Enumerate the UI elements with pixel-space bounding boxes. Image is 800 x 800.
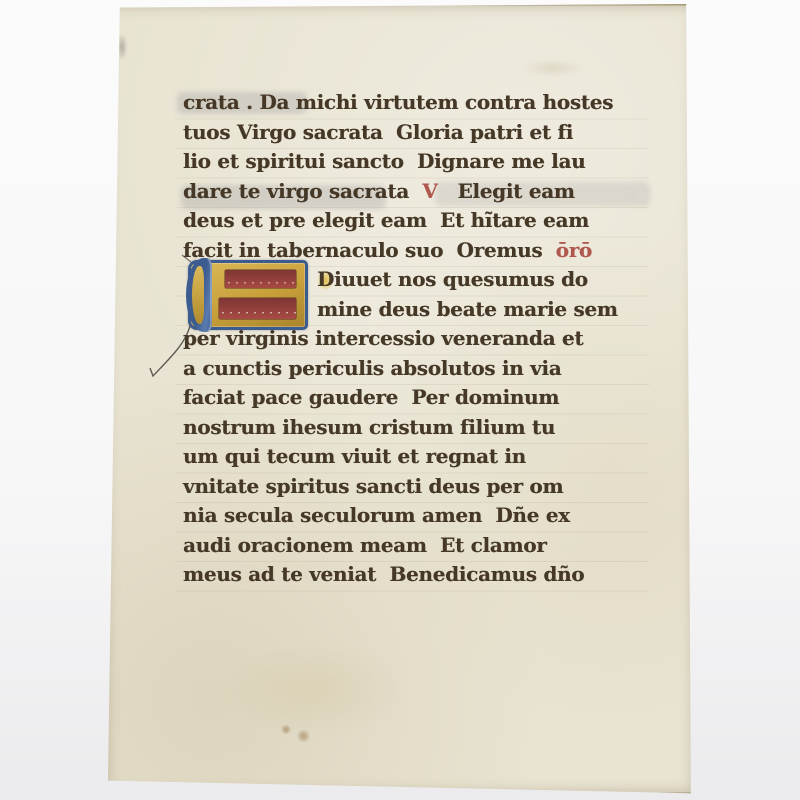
text-line: a cunctis periculis absolutos in via (183, 354, 663, 384)
text-line: deus et pre elegit eam Et hĩtare eam (183, 206, 663, 236)
parchment-stain (297, 730, 310, 742)
parchment-stain (281, 725, 291, 734)
line-text: a cunctis periculis absolutos in via (183, 356, 561, 380)
line-text: vnitate spiritus sancti deus per om (183, 474, 563, 498)
versicle-mark: V (422, 179, 437, 203)
line-text: nia secula seculorum amen Dñe ex (183, 503, 570, 527)
yellow-touched-capital: D (317, 267, 334, 291)
text-line: nostrum ihesum cristum filium tu (183, 413, 663, 443)
text-line: meus ad te veniat Benedicamus dño (183, 560, 663, 590)
line-text: meus ad te veniat Benedicamus dño (183, 562, 584, 586)
line-text: audi oracionem meam Et clamor (183, 533, 547, 557)
text-line: tuos Virgo sacrata Gloria patri et fi (183, 118, 663, 148)
text-line: crata . Da michi virtutem contra hostes (183, 88, 663, 118)
line-text: facit in tabernaculo suo Oremus (183, 238, 556, 262)
text-line: lio et spiritui sancto Dignare me lau (183, 147, 663, 177)
text-line: faciat pace gaudere Per dominum (183, 383, 663, 413)
rubric-oratio: ōrō (556, 238, 592, 262)
photo-background: crata . Da michi virtutem contra hostes … (0, 0, 800, 800)
text-line: nia secula seculorum amen Dñe ex (183, 501, 663, 531)
initial-red-panel-top (224, 269, 297, 289)
line-text: um qui tecum viuit et regnat in (183, 444, 526, 468)
line-text: faciat pace gaudere Per dominum (183, 385, 559, 409)
line-text: lio et spiritui sancto Dignare me lau (183, 149, 585, 173)
line-text: dare te virgo sacrata (183, 179, 422, 203)
text-line: vnitate spiritus sancti deus per om (183, 472, 663, 502)
line-text: deus et pre elegit eam Et hĩtare eam (183, 208, 589, 232)
line-text: Elegit eam (437, 179, 574, 203)
initial-bow-gold-inlay (192, 266, 204, 324)
line-text: mine deus beate marie sem (317, 297, 618, 321)
manuscript-leaf: crata . Da michi virtutem contra hostes … (105, 4, 695, 794)
initial-red-panel-bottom (218, 297, 297, 320)
text-block: crata . Da michi virtutem contra hostes … (183, 88, 663, 590)
parchment-stain (523, 60, 583, 76)
line-text: nostrum ihesum cristum filium tu (183, 415, 555, 439)
text-line: audi oracionem meam Et clamor (183, 531, 663, 561)
parchment-stain (225, 644, 405, 734)
edge-speck (117, 34, 127, 60)
line-text: crata . Da michi virtutem contra hostes (183, 90, 613, 114)
line-text: iuuet nos quesumus do (334, 267, 588, 291)
text-line: dare te virgo sacrata V Elegit eam (183, 177, 663, 207)
illuminated-initial-A (188, 260, 308, 330)
line-text: tuos Virgo sacrata Gloria patri et fi (183, 120, 573, 144)
text-line: um qui tecum viuit et regnat in (183, 442, 663, 472)
